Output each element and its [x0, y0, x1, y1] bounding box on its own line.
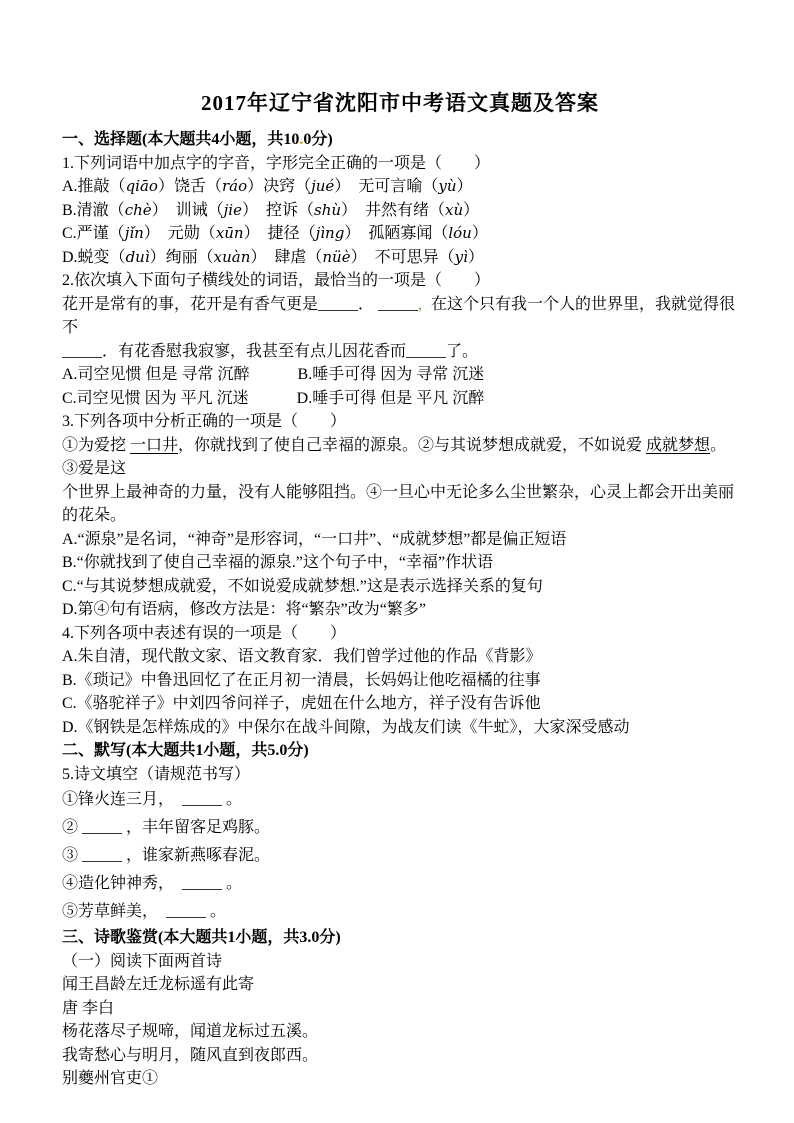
q3-option-a: A.“源泉”是名词，“神奇”是形容词，“一口井”、“成就梦想”都是偏正短语 [62, 528, 738, 552]
text-segment: ） [468, 249, 484, 266]
pinyin-segment: jǐn [125, 224, 144, 242]
poem-1-author: 唐 李白 [62, 997, 738, 1021]
text-segment: ） [463, 202, 479, 219]
q5-blank-2: ② _____ ，丰年留客足鸡豚。 [62, 814, 738, 842]
text-segment: （一）阅读下面两首诗 [62, 953, 222, 970]
q3-option-c: C.“与其说梦想成就爱，不如说爱成就梦想.”这是表示选择关系的复句 [62, 575, 738, 599]
q4-option-a: A.朱自清，现代散文家、语文教育家．我们曾学过他的作品《背影》 [62, 645, 738, 669]
q1-option-d: D.蜕变（duì）绚丽（xuàn） 肆虐（nüè） 不可思异（yì） [62, 246, 738, 270]
q4-option-c: C.《骆驼祥子》中刘四爷问祥子，虎妞在什么地方，祥子没有告诉他 [62, 692, 738, 716]
q2-options-cd: C.司空见惯 因为 平凡 沉迷 D.唾手可得 但是 平凡 沉醉 [62, 387, 738, 411]
text-segment: 个世界上最神奇的力量，没有人能够阻挡。④一旦心中无论多么尘世繁杂，心灵上都会开出… [62, 484, 734, 525]
text-segment: C.司空见惯 因为 平凡 沉迷 D.唾手可得 但是 平凡 沉醉 [62, 390, 484, 407]
text-segment: ） [472, 225, 488, 242]
text-segment: 花开是常有的事，花开是有香气更是_____． _____ [62, 296, 418, 313]
document-lines: 2017年辽宁省沈阳市中考语文真题及答案一、选择题(本大题共4小题，共10.0分… [62, 90, 738, 1091]
q2-sentence-2: _____．有花香慰我寂寥，我甚至有点儿因花香而_____了。 [62, 340, 738, 364]
question-3: 3.下列各项中分析正确的一项是（ ） [62, 410, 738, 434]
pinyin-segment: xuàn [214, 248, 251, 266]
text-segment: ② _____ ，丰年留客足鸡豚。 [62, 819, 270, 836]
text-segment: C.“与其说梦想成就爱，不如说爱成就梦想.”这是表示选择关系的复句 [62, 578, 543, 595]
text-segment: D.《钢铁是怎样炼成的》中保尔在战斗间隙，为战友们读《牛虻》，大家深受感动 [62, 719, 630, 736]
text-segment: ）绚丽（ [150, 249, 214, 266]
text-segment: ） 孤陋寡闻（ [344, 225, 448, 242]
q3-passage-1: ①为爱挖 一口井，你就找到了使自己幸福的源泉。②与其说梦想成就爱，不如说爱 成就… [62, 434, 738, 481]
section-heading-3: 三、诗歌鉴赏(本大题共1小题，共3.0分) [62, 926, 738, 950]
q5-blank-3: ③ _____ ，谁家新燕啄春泥。 [62, 842, 738, 870]
pinyin-segment: jie [224, 201, 242, 219]
text-segment: ） 肆虐（ [250, 249, 322, 266]
q5-blank-4: ④造化钟神秀， _____ 。 [62, 870, 738, 898]
question-1: 1.下列词语中加点字的字音，字形完全正确的一项是（ ） [62, 152, 738, 176]
text-segment: 别夔州官吏① [62, 1070, 158, 1087]
question-5: 5.诗文填空（请规范书写） [62, 763, 738, 787]
poem-1-line-1: 杨花落尽子规啼，闻道龙标过五溪。 [62, 1020, 738, 1044]
pinyin-segment: duì [126, 248, 150, 266]
text-segment: 二、默写(本大题共1小题，共5.0分) [62, 742, 309, 759]
text-segment: 三、诗歌鉴赏(本大题共1小题，共3.0分) [62, 929, 341, 946]
text-segment: 2.依次填入下面句子横线处的词语，最恰当的一项是（ ） [62, 272, 490, 289]
text-segment: A.司空见惯 但是 寻常 沉醉 B.唾手可得 因为 寻常 沉迷 [62, 366, 484, 383]
text-segment: 5.诗文填空（请规范书写） [62, 766, 250, 783]
text-segment: ⑤芳草鲜美， _____ 。 [62, 903, 226, 920]
pinyin-segment: xù [445, 201, 463, 219]
text-segment: ） 捷径（ [244, 225, 316, 242]
q3-option-b: B.“你就找到了使自己幸福的源泉.”这个句子中，“幸福”作状语 [62, 551, 738, 575]
q1-option-c: C.严谨（jǐn） 元勋（xūn） 捷径（jìng） 孤陋寡闻（lóu） [62, 222, 738, 246]
q3-option-d: D.第④句有语病，修改方法是：将“繁杂”改为“繁多” [62, 598, 738, 622]
q1-option-b: B.清澈（chè） 训诫（jie） 控诉（shù） 井然有绪（xù） [62, 199, 738, 223]
text-segment: ） 训诫（ [152, 202, 224, 219]
pinyin-segment: shù [314, 201, 341, 219]
text-segment: B.“你就找到了使自己幸福的源泉.”这个句子中，“幸福”作状语 [62, 554, 493, 571]
q3-passage-2: 个世界上最神奇的力量，没有人能够阻挡。④一旦心中无论多么尘世繁杂，心灵上都会开出… [62, 481, 738, 528]
text-segment: D.蜕变（ [62, 249, 126, 266]
text-segment: C.严谨（ [62, 225, 125, 242]
pinyin-segment: jìng [316, 224, 345, 242]
green-segment: ， [418, 297, 431, 312]
q2-sentence-1: 花开是常有的事，花开是有香气更是_____． _____，在这个只有我一个人的世… [62, 293, 738, 340]
text-segment: A.“源泉”是名词，“神奇”是形容词，“一口井”、“成就梦想”都是偏正短语 [62, 531, 566, 548]
q2-options-ab: A.司空见惯 但是 寻常 沉醉 B.唾手可得 因为 寻常 沉迷 [62, 363, 738, 387]
pinyin-segment: xūn [216, 224, 244, 242]
reading-intro: （一）阅读下面两首诗 [62, 950, 738, 974]
underline-segment: 一口井 [130, 437, 178, 454]
q1-option-a: A.推敲（qiāo）饶舌（ráo）决窍（jué） 无可言喻（yù） [62, 175, 738, 199]
pinyin-segment: ráo [222, 177, 247, 195]
pinyin-segment: chè [125, 201, 152, 219]
pinyin-segment: nüè [322, 248, 350, 266]
pinyin-segment: qiāo [126, 177, 158, 195]
page-title: 2017年辽宁省沈阳市中考语文真题及答案 [62, 90, 738, 117]
q5-blank-1: ①锋火连三月， _____ 。 [62, 786, 738, 814]
section-heading-1: 一、选择题(本大题共4小题，共10.0分) [62, 128, 738, 152]
text-segment: ①锋火连三月， _____ 。 [62, 791, 242, 808]
text-segment: C.《骆驼祥子》中刘四爷问祥子，虎妞在什么地方，祥子没有告诉他 [62, 695, 541, 712]
text-segment: B.《琐记》中鲁迅回忆了在正月初一清晨，长妈妈让他吃福橘的往事 [62, 672, 541, 689]
question-2: 2.依次填入下面句子横线处的词语，最恰当的一项是（ ） [62, 269, 738, 293]
text-segment: ③ _____ ，谁家新燕啄春泥。 [62, 847, 270, 864]
text-segment: D.第④句有语病，修改方法是：将“繁杂”改为“繁多” [62, 601, 426, 618]
poem-1-title: 闻王昌龄左迁龙标遥有此寄 [62, 973, 738, 997]
text-segment: ，你就找到了使自己幸福的源泉。②与其说梦想成就爱，不如说爱 [178, 437, 646, 454]
text-segment: 4.下列各项中表述有误的一项是（ ） [62, 625, 346, 642]
pinyin-segment: yì [455, 248, 468, 266]
underline-segment: 成就梦想 [646, 437, 710, 454]
text-segment: ）饶舌（ [158, 178, 222, 195]
text-segment: ） 元勋（ [144, 225, 216, 242]
text-segment: A.推敲（ [62, 178, 126, 195]
text-segment: 2017年辽宁省沈阳市中考语文真题及答案 [201, 91, 599, 115]
text-segment: _____．有花香慰我寂寥，我甚至有点儿因花香而_____了。 [62, 343, 478, 360]
text-segment: 我寄愁心与明月，随风直到夜郎西。 [62, 1047, 318, 1064]
text-segment: ） [456, 178, 472, 195]
text-segment: ） 井然有绪（ [341, 202, 445, 219]
text-segment: 唐 李白 [62, 1000, 114, 1017]
pinyin-segment: yù [438, 177, 456, 195]
text-segment: 3.下列各项中分析正确的一项是（ ） [62, 413, 346, 430]
text-segment: 1.下列词语中加点字的字音，字形完全正确的一项是（ ） [62, 155, 490, 172]
pinyin-segment: lóu [448, 224, 472, 242]
q5-blank-5: ⑤芳草鲜美， _____ 。 [62, 898, 738, 926]
text-segment: ） 不可思异（ [351, 249, 455, 266]
text-segment: 0分) [303, 131, 332, 148]
poem-2-title: 别夔州官吏① [62, 1067, 738, 1091]
poem-1-line-2: 我寄愁心与明月，随风直到夜郎西。 [62, 1044, 738, 1068]
text-segment: A.朱自清，现代散文家、语文教育家．我们曾学过他的作品《背影》 [62, 648, 542, 665]
document-page: 2017年辽宁省沈阳市中考语文真题及答案一、选择题(本大题共4小题，共10.0分… [0, 0, 794, 1123]
section-heading-2: 二、默写(本大题共1小题，共5.0分) [62, 739, 738, 763]
q4-option-b: B.《琐记》中鲁迅回忆了在正月初一清晨，长妈妈让他吃福橘的往事 [62, 669, 738, 693]
text-segment: B.清澈（ [62, 202, 125, 219]
question-4: 4.下列各项中表述有误的一项是（ ） [62, 622, 738, 646]
text-segment: ①为爱挖 [62, 437, 130, 454]
text-segment: ） 无可言喻（ [334, 178, 438, 195]
text-segment: ④造化钟神秀， _____ 。 [62, 875, 242, 892]
q4-option-d: D.《钢铁是怎样炼成的》中保尔在战斗间隙，为战友们读《牛虻》，大家深受感动 [62, 716, 738, 740]
text-segment: 杨花落尽子规啼，闻道龙标过五溪。 [62, 1023, 318, 1040]
text-segment: 一、选择题(本大题共4小题，共10 [62, 131, 299, 148]
text-segment: ） 控诉（ [242, 202, 314, 219]
pinyin-segment: jué [311, 177, 334, 195]
text-segment: 闻王昌龄左迁龙标遥有此寄 [62, 976, 254, 993]
text-segment: ）决窍（ [247, 178, 311, 195]
